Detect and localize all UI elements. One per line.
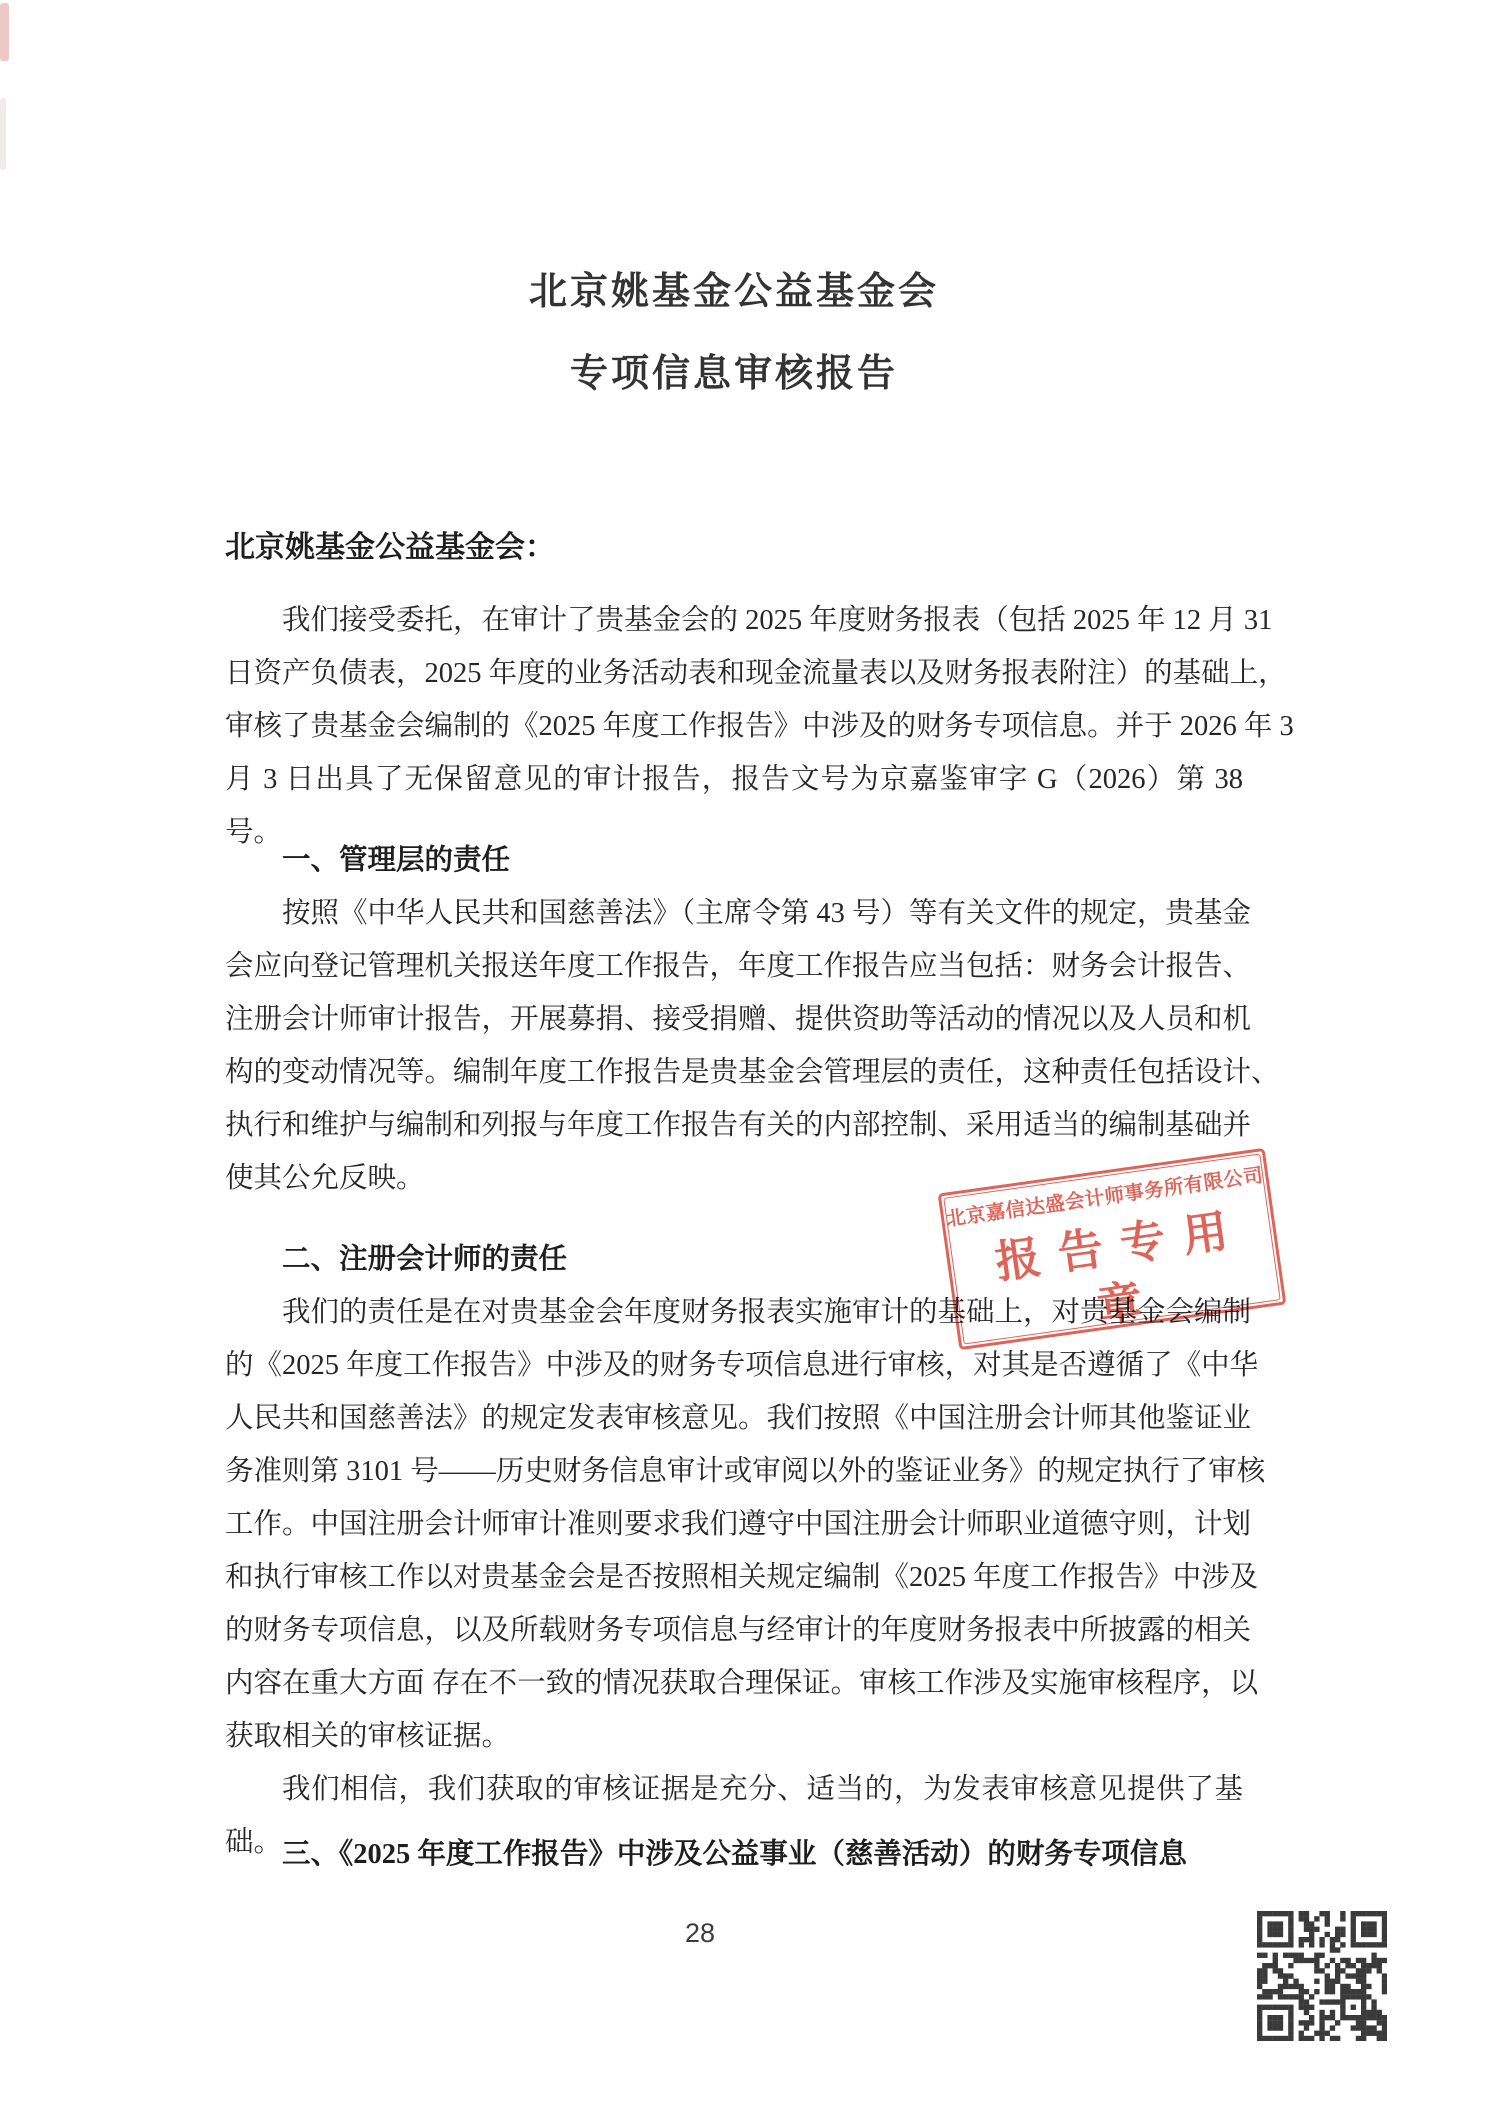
paragraph-line: 人民共和国慈善法》的规定发表审核意见。我们按照《中国注册会计师其他鉴证业 xyxy=(225,1392,1243,1445)
paragraph-line: 审核了贵基金会编制的《2025 年度工作报告》中涉及的财务专项信息。并于 202… xyxy=(225,700,1243,753)
section-heading: 一、管理层的责任 xyxy=(225,834,1243,887)
scan-ink-smudge xyxy=(0,3,9,61)
document-title-line2: 专项信息审核报告 xyxy=(225,350,1243,398)
paragraph: 我们接受委托，在审计了贵基金会的 2025 年度财务报表（包括 2025 年 1… xyxy=(225,594,1243,806)
paragraph-line: 我们接受委托，在审计了贵基金会的 2025 年度财务报表（包括 2025 年 1… xyxy=(225,594,1243,647)
paragraph-line: 内容在重大方面 存在不一致的情况获取合理保证。审核工作涉及实施审核程序，以 xyxy=(225,1657,1243,1710)
paragraph-line: 工作。中国注册会计师审计准则要求我们遵守中国注册会计师职业道德守则，计划 xyxy=(225,1498,1243,1551)
paragraph-line: 务准则第 3101 号——历史财务信息审计或审阅以外的鉴证业务》的规定执行了审核 xyxy=(225,1445,1243,1498)
document-title-line1: 北京姚基金公益基金会 xyxy=(225,268,1243,316)
paragraph-line: 的《2025 年度工作报告》中涉及的财务专项信息进行审核，对其是否遵循了《中华 xyxy=(225,1339,1243,1392)
page-number: 28 xyxy=(660,1918,740,1949)
paragraph: 我们相信，我们获取的审核证据是充分、适当的，为发表审核意见提供了基础。 xyxy=(225,1763,1243,1816)
paragraph-line: 的财务专项信息，以及所载财务专项信息与经审计的年度财务报表中所披露的相关 xyxy=(225,1604,1243,1657)
qr-code-icon xyxy=(1257,1911,1387,2041)
paragraph: 按照《中华人民共和国慈善法》（主席令第 43 号）等有关文件的规定，贵基金会应向… xyxy=(225,887,1243,1205)
scan-ink-smudge xyxy=(0,98,6,170)
addressee-line: 北京姚基金公益基金会： xyxy=(225,528,1243,568)
scanned-report-page: 北京姚基金公益基金会 专项信息审核报告 北京姚基金公益基金会： 我们接受委托，在… xyxy=(0,0,1500,2121)
paragraph-line: 我们相信，我们获取的审核证据是充分、适当的，为发表审核意见提供了基础。 xyxy=(225,1763,1243,1816)
document-content: 北京姚基金公益基金会 专项信息审核报告 北京姚基金公益基金会： 我们接受委托，在… xyxy=(225,268,1243,1881)
paragraph-line: 执行和维护与编制和列报与年度工作报告有关的内部控制、采用适当的编制基础并 xyxy=(225,1099,1243,1152)
paragraph-line: 构的变动情况等。编制年度工作报告是贵基金会管理层的责任，这种责任包括设计、 xyxy=(225,1046,1243,1099)
paragraph-line: 和执行审核工作以对贵基金会是否按照相关规定编制《2025 年度工作报告》中涉及 xyxy=(225,1551,1243,1604)
paragraph-line: 日资产负债表，2025 年度的业务活动表和现金流量表以及财务报表附注）的基础上， xyxy=(225,647,1243,700)
paragraph-line: 按照《中华人民共和国慈善法》（主席令第 43 号）等有关文件的规定，贵基金 xyxy=(225,887,1243,940)
section-heading: 三、《2025 年度工作报告》中涉及公益事业（慈善活动）的财务专项信息 xyxy=(225,1828,1243,1881)
paragraph-line: 月 3 日出具了无保留意见的审计报告，报告文号为京嘉鉴审字 G（2026）第 3… xyxy=(225,753,1243,806)
paragraph-line: 注册会计师审计报告，开展募捐、接受捐赠、提供资助等活动的情况以及人员和机 xyxy=(225,993,1243,1046)
paragraph: 我们的责任是在对贵基金会年度财务报表实施审计的基础上，对贵基金会编制的《2025… xyxy=(225,1286,1243,1763)
paragraph-line: 获取相关的审核证据。 xyxy=(225,1710,1243,1763)
paragraph-line: 会应向登记管理机关报送年度工作报告，年度工作报告应当包括：财务会计报告、 xyxy=(225,940,1243,993)
